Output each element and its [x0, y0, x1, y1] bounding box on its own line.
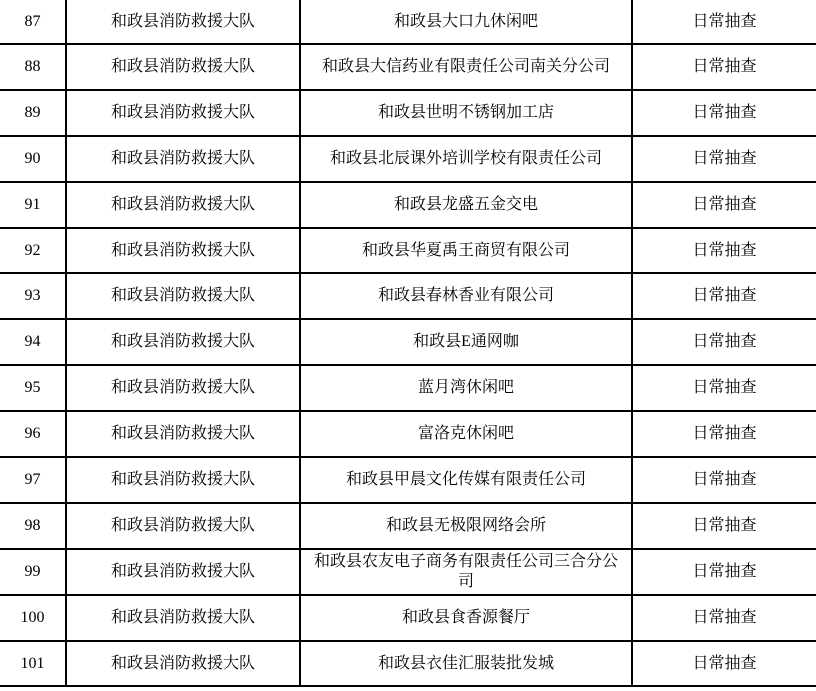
- inspection-unit-cell: 和政县消防救援大队: [66, 136, 300, 182]
- row-number-cell: 99: [0, 549, 66, 595]
- inspection-type-cell: 日常抽查: [632, 411, 816, 457]
- inspection-type-cell: 日常抽查: [632, 549, 816, 595]
- row-number-cell: 98: [0, 503, 66, 549]
- table-row: 91 和政县消防救援大队 和政县龙盛五金交电 日常抽查: [0, 182, 816, 228]
- inspected-entity-cell: 和政县春林香业有限公司: [300, 273, 632, 319]
- inspection-type-cell: 日常抽查: [632, 182, 816, 228]
- table-row: 94 和政县消防救援大队 和政县E通网咖 日常抽查: [0, 319, 816, 365]
- inspection-type-cell: 日常抽查: [632, 503, 816, 549]
- table-row: 87 和政县消防救援大队 和政县大口九休闲吧 日常抽查: [0, 0, 816, 44]
- inspection-unit-cell: 和政县消防救援大队: [66, 0, 300, 44]
- inspection-unit-cell: 和政县消防救援大队: [66, 182, 300, 228]
- inspection-unit-cell: 和政县消防救援大队: [66, 319, 300, 365]
- inspection-unit-cell: 和政县消防救援大队: [66, 273, 300, 319]
- table-row: 98 和政县消防救援大队 和政县无极限网络会所 日常抽查: [0, 503, 816, 549]
- inspection-type-cell: 日常抽查: [632, 44, 816, 90]
- inspection-unit-cell: 和政县消防救援大队: [66, 365, 300, 411]
- inspected-entity-cell: 和政县衣佳汇服装批发城: [300, 641, 632, 687]
- table-row: 90 和政县消防救援大队 和政县北辰课外培训学校有限责任公司 日常抽查: [0, 136, 816, 182]
- inspection-unit-cell: 和政县消防救援大队: [66, 228, 300, 274]
- inspection-type-cell: 日常抽查: [632, 641, 816, 687]
- row-number-cell: 96: [0, 411, 66, 457]
- inspection-type-cell: 日常抽查: [632, 273, 816, 319]
- inspected-entity-cell: 富洛克休闲吧: [300, 411, 632, 457]
- inspected-entity-cell: 蓝月湾休闲吧: [300, 365, 632, 411]
- inspected-entity-cell: 和政县世明不锈钢加工店: [300, 90, 632, 136]
- row-number-cell: 93: [0, 273, 66, 319]
- inspection-type-cell: 日常抽查: [632, 457, 816, 503]
- table-row: 101 和政县消防救援大队 和政县衣佳汇服装批发城 日常抽查: [0, 641, 816, 687]
- inspected-entity-cell: 和政县大信药业有限责任公司南关分公司: [300, 44, 632, 90]
- table-row: 97 和政县消防救援大队 和政县甲晨文化传媒有限责任公司 日常抽查: [0, 457, 816, 503]
- row-number-cell: 100: [0, 595, 66, 641]
- row-number-cell: 91: [0, 182, 66, 228]
- inspection-unit-cell: 和政县消防救援大队: [66, 457, 300, 503]
- inspected-entity-cell: 和政县无极限网络会所: [300, 503, 632, 549]
- table-row: 88 和政县消防救援大队 和政县大信药业有限责任公司南关分公司 日常抽查: [0, 44, 816, 90]
- inspection-table: 87 和政县消防救援大队 和政县大口九休闲吧 日常抽查 88 和政县消防救援大队…: [0, 0, 816, 687]
- row-number-cell: 87: [0, 0, 66, 44]
- inspection-type-cell: 日常抽查: [632, 595, 816, 641]
- row-number-cell: 101: [0, 641, 66, 687]
- inspection-unit-cell: 和政县消防救援大队: [66, 641, 300, 687]
- inspected-entity-cell: 和政县食香源餐厅: [300, 595, 632, 641]
- inspection-type-cell: 日常抽查: [632, 136, 816, 182]
- inspection-table-body: 87 和政县消防救援大队 和政县大口九休闲吧 日常抽查 88 和政县消防救援大队…: [0, 0, 816, 686]
- inspection-unit-cell: 和政县消防救援大队: [66, 411, 300, 457]
- table-row: 96 和政县消防救援大队 富洛克休闲吧 日常抽查: [0, 411, 816, 457]
- inspection-type-cell: 日常抽查: [632, 319, 816, 365]
- table-row: 95 和政县消防救援大队 蓝月湾休闲吧 日常抽查: [0, 365, 816, 411]
- table-row: 100 和政县消防救援大队 和政县食香源餐厅 日常抽查: [0, 595, 816, 641]
- row-number-cell: 97: [0, 457, 66, 503]
- table-row: 93 和政县消防救援大队 和政县春林香业有限公司 日常抽查: [0, 273, 816, 319]
- inspection-unit-cell: 和政县消防救援大队: [66, 503, 300, 549]
- inspection-unit-cell: 和政县消防救援大队: [66, 595, 300, 641]
- inspection-unit-cell: 和政县消防救援大队: [66, 90, 300, 136]
- inspection-unit-cell: 和政县消防救援大队: [66, 549, 300, 595]
- inspected-entity-cell: 和政县北辰课外培训学校有限责任公司: [300, 136, 632, 182]
- inspected-entity-cell: 和政县大口九休闲吧: [300, 0, 632, 44]
- inspection-type-cell: 日常抽查: [632, 90, 816, 136]
- row-number-cell: 90: [0, 136, 66, 182]
- table-row: 99 和政县消防救援大队 和政县农友电子商务有限责任公司三合分公司 日常抽查: [0, 549, 816, 595]
- table-row: 89 和政县消防救援大队 和政县世明不锈钢加工店 日常抽查: [0, 90, 816, 136]
- inspected-entity-cell: 和政县甲晨文化传媒有限责任公司: [300, 457, 632, 503]
- row-number-cell: 92: [0, 228, 66, 274]
- inspected-entity-cell: 和政县龙盛五金交电: [300, 182, 632, 228]
- inspected-entity-cell: 和政县农友电子商务有限责任公司三合分公司: [300, 549, 632, 595]
- row-number-cell: 94: [0, 319, 66, 365]
- row-number-cell: 88: [0, 44, 66, 90]
- row-number-cell: 95: [0, 365, 66, 411]
- inspected-entity-cell: 和政县华夏禹王商贸有限公司: [300, 228, 632, 274]
- inspection-type-cell: 日常抽查: [632, 365, 816, 411]
- row-number-cell: 89: [0, 90, 66, 136]
- inspected-entity-cell: 和政县E通网咖: [300, 319, 632, 365]
- inspection-type-cell: 日常抽查: [632, 228, 816, 274]
- inspection-type-cell: 日常抽查: [632, 0, 816, 44]
- table-row: 92 和政县消防救援大队 和政县华夏禹王商贸有限公司 日常抽查: [0, 228, 816, 274]
- inspection-unit-cell: 和政县消防救援大队: [66, 44, 300, 90]
